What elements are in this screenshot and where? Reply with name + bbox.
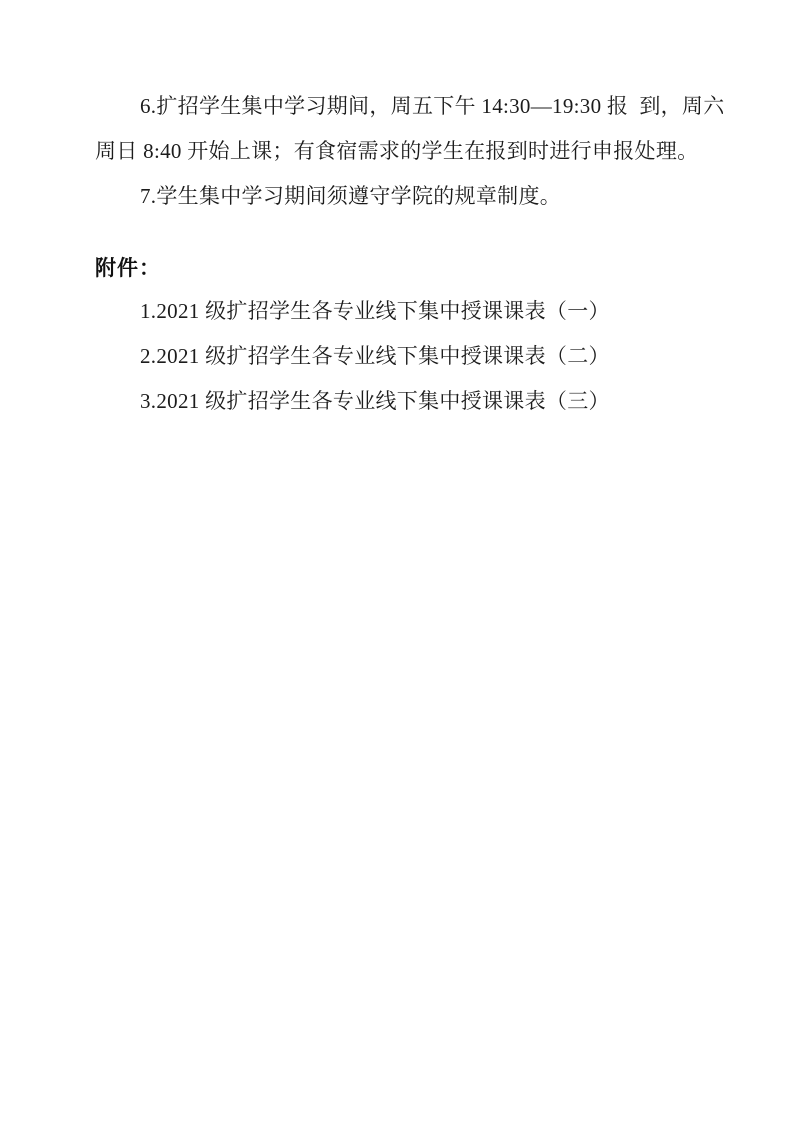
attachment-item-3: 3.2021 级扩招学生各专业线下集中授课课表（三）	[95, 379, 745, 424]
paragraph-7: 7.学生集中学习期间须遵守学院的规章制度。	[95, 174, 745, 219]
document-page: 6.扩招学生集中学习期间，周五下午 14:30—19:30 报 到，周六 周日 …	[0, 0, 793, 1122]
attachments-heading: 附件：	[95, 246, 745, 291]
paragraph-6-line-2: 周日 8:40 开始上课；有食宿需求的学生在报到时进行申报处理。	[95, 129, 745, 174]
paragraph-6-line-1: 6.扩招学生集中学习期间，周五下午 14:30—19:30 报 到，周六	[95, 84, 745, 129]
attachment-item-1: 1.2021 级扩招学生各专业线下集中授课课表（一）	[95, 289, 745, 334]
attachment-item-2: 2.2021 级扩招学生各专业线下集中授课课表（二）	[95, 334, 745, 379]
